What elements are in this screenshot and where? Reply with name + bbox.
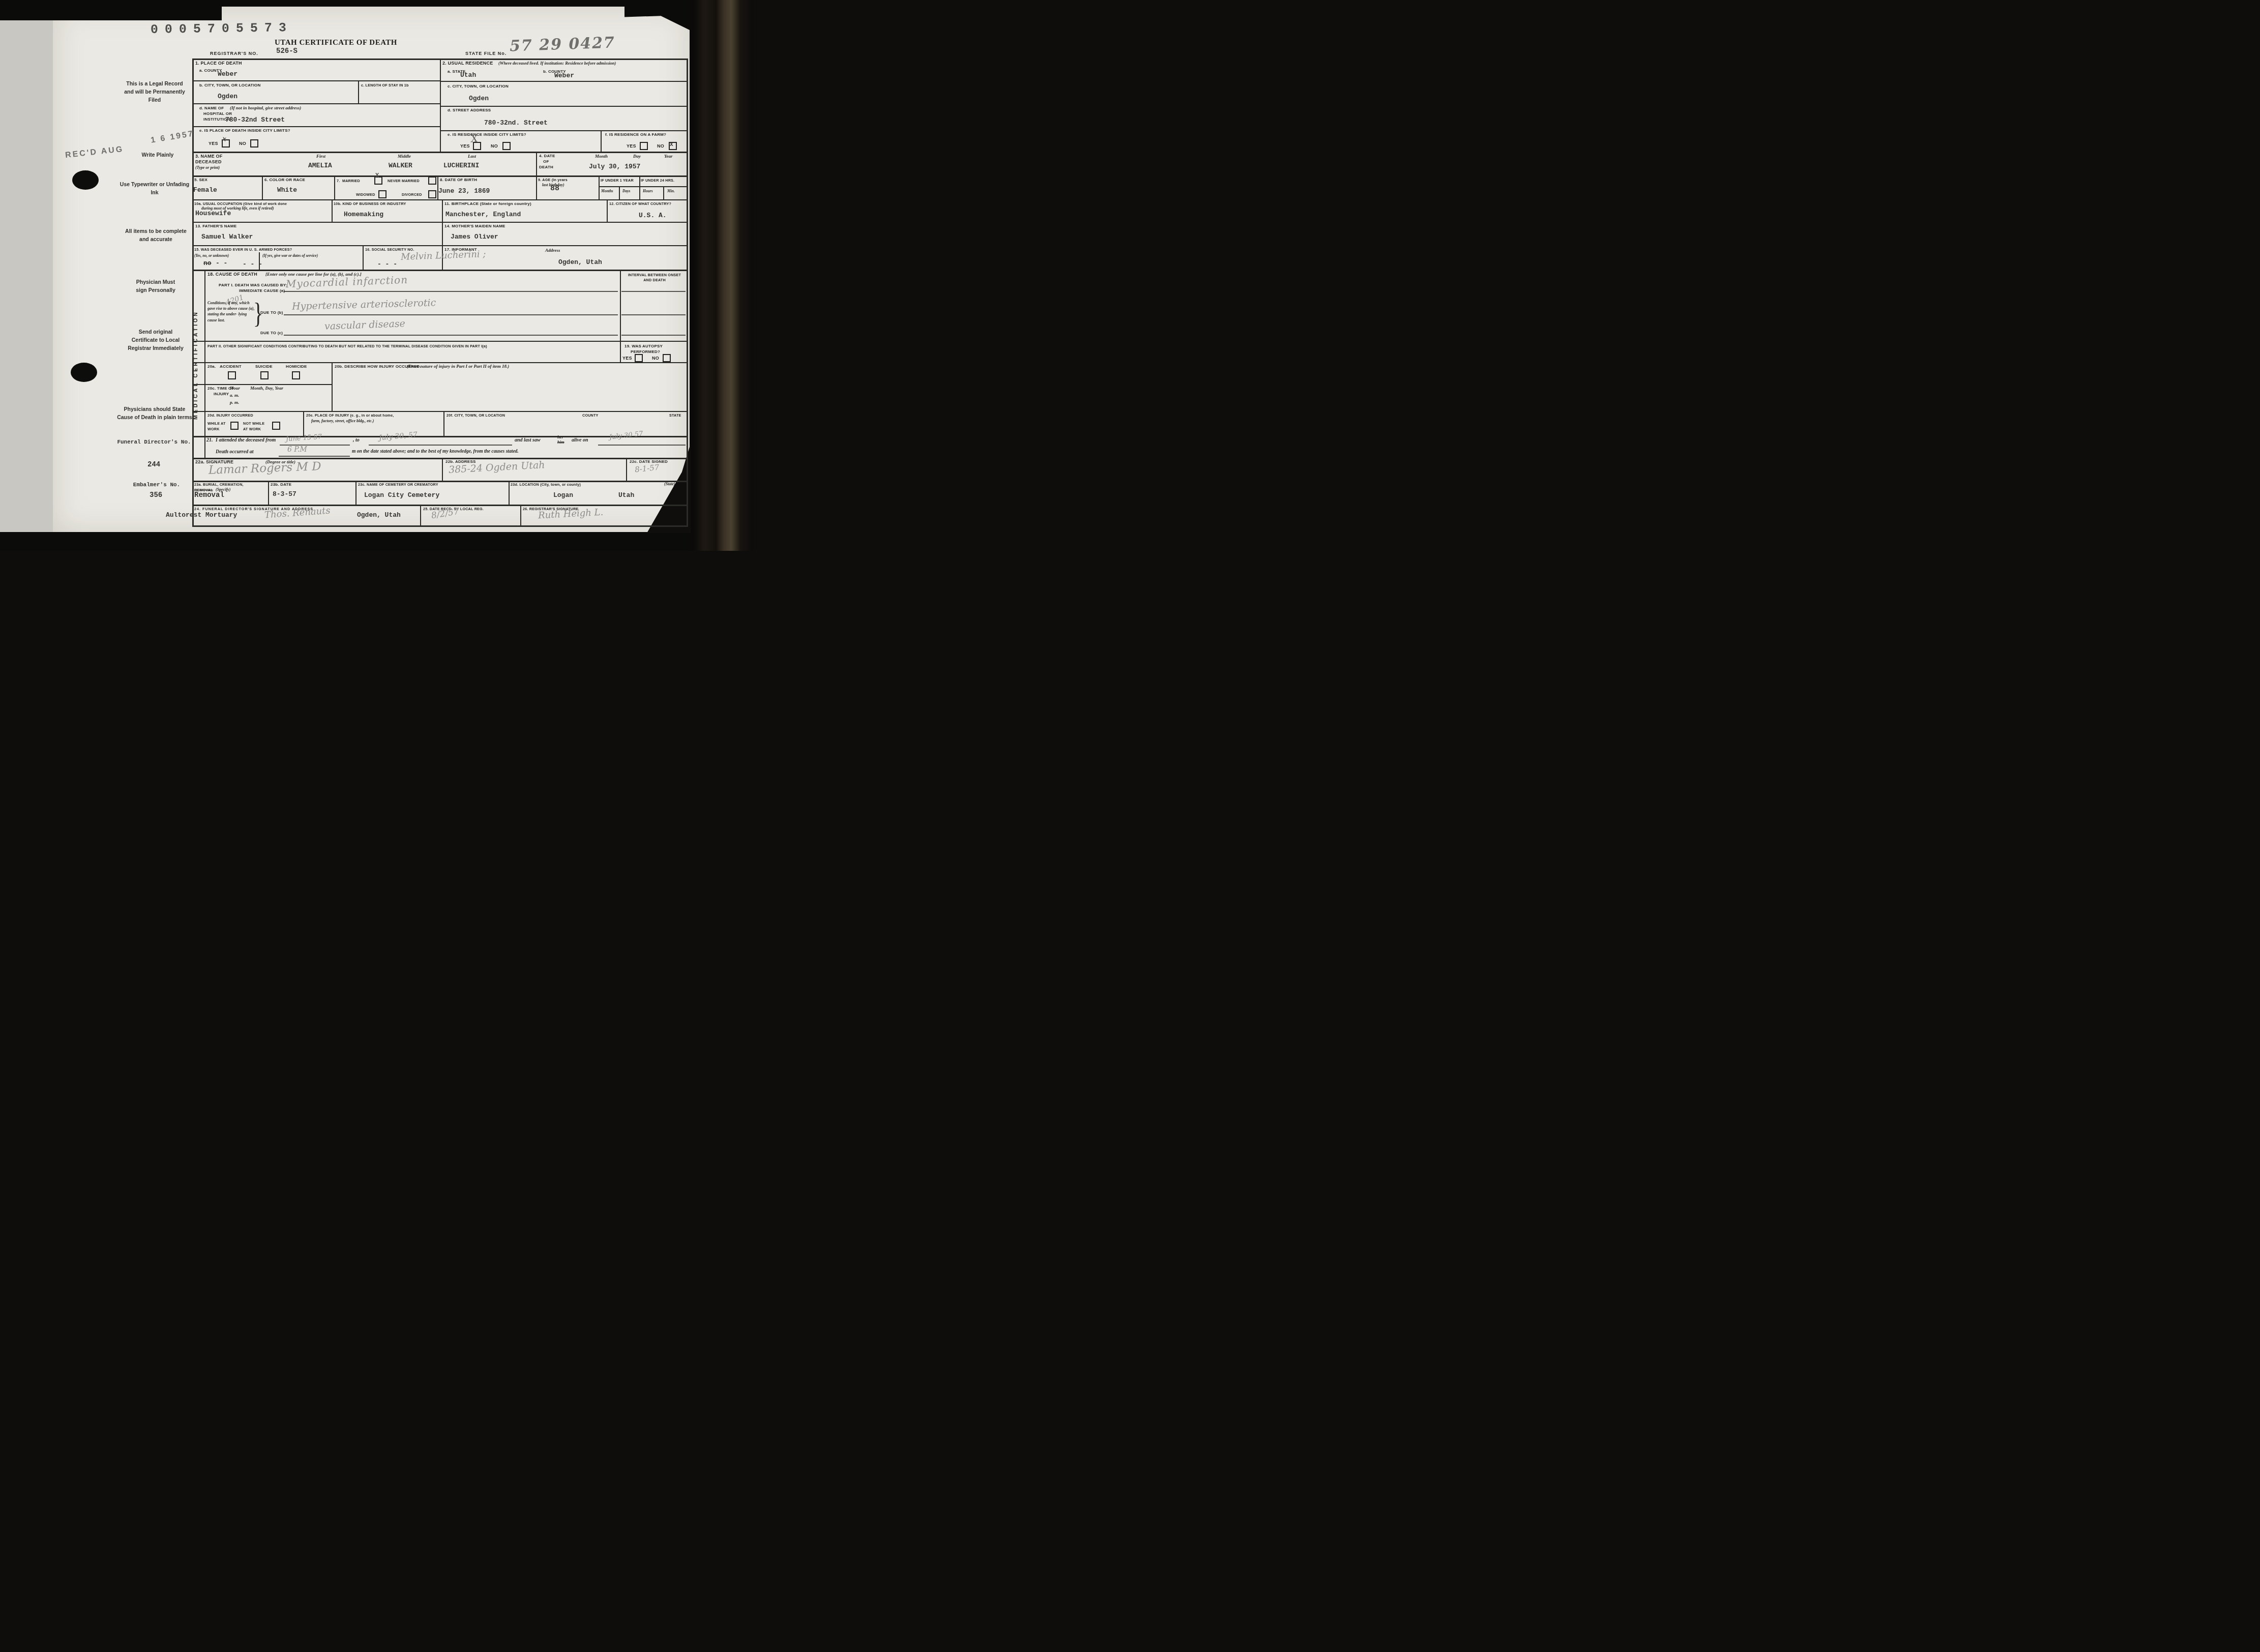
grid-line: [192, 411, 688, 412]
box2e-yes-label: YES: [460, 143, 470, 149]
box7-widowed-label: WIDOWED: [356, 192, 375, 197]
box20c-am-label: a. m.: [230, 393, 239, 398]
box9-min-label: Min.: [667, 189, 675, 193]
grid-line: [440, 58, 441, 152]
grid-line: [192, 525, 688, 527]
box3-first-value: AMELIA: [308, 162, 332, 169]
grid-line: [440, 130, 687, 131]
box12-value: U.S. A.: [639, 212, 667, 219]
grid-line: [442, 458, 443, 481]
grid-line: [440, 106, 687, 107]
grid-line: [192, 384, 333, 385]
box20a-accident-checkbox: [228, 371, 236, 379]
box6-label: 6. COLOR OR RACE: [264, 178, 305, 182]
medical-certification-vertical-label: MEDICAL CERTIFICATION: [193, 276, 204, 455]
box1d-label2: HOSPITAL OR: [203, 111, 232, 116]
box20d-label: 20d. INJURY OCCURRED: [207, 413, 253, 418]
box15-value2: - - -: [243, 260, 262, 268]
box20a-homicide-label: HOMICIDE: [286, 364, 307, 369]
box1e-yes-label: YES: [209, 141, 218, 146]
box1c-label: c. LENGTH OF STAY IN 1b: [361, 83, 409, 87]
box3-middle-value: WALKER: [389, 162, 412, 169]
box2f-no-mark: X: [670, 142, 673, 148]
box3-last-value: LUCHERINI: [443, 162, 479, 169]
box23d-state-note: (State): [664, 482, 675, 486]
box23d-state-value: Utah: [618, 491, 634, 499]
box8-label: 8. DATE OF BIRTH: [440, 178, 477, 182]
box20c-mdy-label: Month, Day, Year: [250, 386, 283, 391]
grid-line: [192, 481, 688, 482]
grid-line: [536, 152, 537, 175]
box2c-label: c. CITY, TOWN, OR LOCATION: [448, 84, 509, 88]
box23d-city-value: Logan: [553, 491, 573, 499]
box14-value: James Oliver: [451, 233, 498, 241]
scanned-death-certificate: 0005705573 UTAH CERTIFICATE OF DEATH REG…: [0, 0, 754, 551]
box7-never-label: NEVER MARRIED: [388, 179, 420, 183]
box1-title: 1. PLACE OF DEATH: [195, 61, 242, 66]
grid-line: [192, 80, 440, 81]
grid-line: [440, 81, 687, 82]
grid-line: [334, 175, 335, 199]
box15-note2: (If yes, give war or dates of service): [262, 253, 318, 258]
box3-last-header: Last: [468, 154, 476, 159]
box6-value: White: [277, 186, 297, 194]
box3-first-header: First: [316, 154, 325, 159]
box1a-value: Weber: [218, 70, 237, 78]
box7-num: 7.: [337, 179, 340, 183]
box2-title: 2. USUAL RESIDENCE: [442, 61, 493, 66]
box9-under1-label: IF UNDER 1 YEAR: [601, 178, 634, 183]
box18-immediate-label: IMMEDIATE CAUSE (a): [239, 288, 285, 293]
box19-no-checkbox: [663, 354, 671, 362]
margin-use-typewriter: Use Typewriter or Unfading Ink: [119, 181, 190, 197]
box2d-label: d. STREET ADDRESS: [448, 108, 491, 112]
box19-yes-checkbox: [635, 354, 643, 362]
box20a-suicide-checkbox: [260, 371, 269, 379]
cause-a-rule: [284, 291, 618, 292]
box4-label3: DEATH: [539, 165, 553, 169]
box9-label1: 9. AGE (In years: [538, 178, 568, 182]
box7-widowed-checkbox: [378, 190, 386, 198]
grid-line: [192, 58, 194, 527]
box21-text6: m on the date stated above; and to the b…: [352, 449, 519, 454]
box7-married-label: MARRIED: [342, 179, 360, 183]
box23c-value: Logan City Cemetery: [364, 491, 439, 499]
registrar-no-label: REGISTRAR'S NO.: [210, 51, 258, 56]
box20a-homicide-checkbox: [292, 371, 300, 379]
box9-value: 88: [550, 184, 559, 193]
box2f-label: f. IS RESIDENCE ON A FARM?: [605, 132, 666, 137]
box2c-value: Ogden: [469, 95, 489, 102]
box2e-yes-mark: X: [470, 133, 478, 144]
grid-line: [620, 270, 621, 362]
box9-under24-label: IF UNDER 24 HRS.: [641, 178, 674, 183]
scan-border-right: [690, 0, 754, 551]
box3-label2: DECEASED: [195, 159, 222, 164]
last-seen-rule: [598, 445, 686, 446]
grid-line: [663, 186, 664, 199]
box4-label2: OF: [543, 159, 549, 164]
box23a-value: Removal: [194, 491, 224, 499]
grid-line: [332, 362, 333, 411]
box2e-no-label: NO: [491, 143, 498, 149]
grid-line: [363, 245, 364, 270]
box20a-num: 20a.: [207, 364, 216, 369]
box24-city-typed: Ogden, Utah: [357, 511, 401, 519]
scan-border-top-left: [0, 0, 222, 20]
box1d-label1: d. NAME OF: [199, 106, 224, 110]
box17-address-header: Address: [545, 248, 560, 253]
box20b-note: (Enter nature of injury in Part I or Par…: [407, 364, 509, 369]
box7-divorced-label: DIVORCED: [402, 192, 422, 197]
box7-divorced-checkbox: [428, 190, 436, 198]
box1e-no-checkbox: [250, 139, 258, 147]
box21-text4: alive on: [572, 437, 588, 443]
box13-label: 13. FATHER'S NAME: [195, 224, 236, 228]
margin-physician-sign: Physician Must sign Personally: [130, 279, 181, 295]
box2f-yes-checkbox: [640, 142, 648, 150]
grid-line: [599, 186, 687, 187]
box11-value: Manchester, England: [445, 211, 521, 218]
box5-label: 5. SEX: [194, 178, 207, 182]
box2b-value: Weber: [554, 72, 574, 79]
grid-line: [192, 505, 688, 506]
box1b-label: b. CITY, TOWN, OR LOCATION: [199, 83, 260, 87]
box18-part2-label: PART II. OTHER SIGNIFICANT CONDITIONS CO…: [207, 344, 487, 348]
grid-line: [420, 505, 421, 526]
box21-text1: I attended the deceased from: [216, 437, 276, 443]
registrar-no-value: 526-S: [276, 47, 298, 55]
interval-rule: [621, 314, 686, 315]
box20a-suicide-label: SUICIDE: [255, 364, 273, 369]
grid-line: [599, 175, 600, 199]
box15-note1: (Yes, no, or unknown): [194, 253, 229, 258]
grid-line: [639, 175, 640, 199]
grid-line: [192, 126, 440, 127]
grid-line: [509, 481, 510, 505]
box20d-while-label2: WORK: [207, 427, 220, 431]
box2a-value: Utah: [460, 71, 476, 79]
box15-dashes: - -: [216, 259, 227, 267]
grid-line: [442, 222, 443, 245]
box7-never-checkbox: [428, 176, 436, 185]
box18-due-b-label: DUE TO (b): [260, 310, 283, 315]
box9-hours-label: Hours: [643, 189, 653, 193]
grid-line: [442, 199, 443, 222]
box16-value: - - -: [377, 260, 397, 268]
box4-month-header: Month: [595, 154, 608, 159]
box1e-no-label: NO: [239, 141, 246, 146]
box23d-label: 23d. LOCATION (City, town, or county): [511, 482, 581, 487]
box4-label1: 4. DATE: [539, 154, 555, 158]
grid-line: [536, 175, 537, 199]
embalmer-no-label: Embalmer's No.: [116, 482, 197, 488]
grid-line: [204, 270, 205, 458]
box20f-label: 20f. CITY, TOWN, OR LOCATION: [447, 413, 505, 418]
margin-legal-record: This is a Legal Record and will be Perma…: [124, 80, 185, 104]
funeral-director-no-value: 244: [147, 461, 160, 469]
grid-line: [192, 245, 688, 246]
box19-label1: 19. WAS AUTOPSY: [625, 344, 663, 348]
margin-write-plainly: Write Plainly: [127, 152, 188, 160]
box3-middle-header: Middle: [398, 154, 411, 159]
certificate-title: UTAH CERTIFICATE OF DEATH: [275, 39, 397, 47]
grid-line: [192, 175, 688, 177]
box14-label: 14. MOTHER'S MAIDEN NAME: [444, 224, 505, 228]
box20c-hour-label: Hour: [230, 386, 240, 391]
box21-num: 21.: [206, 437, 213, 443]
box12-label: 12. CITIZEN OF WHAT COUNTRY?: [609, 201, 671, 206]
box9-days-label: Days: [622, 189, 630, 193]
grid-line: [626, 458, 627, 481]
cause-c-rule: [284, 335, 618, 336]
box10b-label: 10b. KIND OF BUSINESS OR INDUSTRY: [334, 201, 406, 206]
box4-value: July 30, 1957: [589, 163, 640, 170]
funeral-director-no-label: Funeral Director's No.: [116, 439, 192, 446]
box20a-accident-label: ACCIDENT: [220, 364, 242, 369]
grid-line: [358, 80, 359, 103]
grid-line: [192, 199, 688, 200]
box18-conditions-note: Conditions, if any, which gave rise to a…: [207, 300, 255, 323]
attended-to-rule: [369, 445, 512, 446]
box20e-label2: farm, factory, street, office bldg., etc…: [311, 419, 374, 423]
box3-note: (Type or print): [195, 165, 220, 170]
box20c-pm-label: p. m.: [230, 400, 239, 405]
interval-rule: [621, 335, 686, 336]
box20d-notwhile-label1: NOT WHILE: [243, 421, 264, 426]
box18-part1-label: PART I. DEATH WAS CAUSED BY:: [219, 283, 287, 287]
margin-plain-terms: Physicians should State Cause of Death i…: [117, 406, 192, 422]
grid-line: [262, 175, 263, 199]
grid-line: [601, 130, 602, 152]
interval-rule: [621, 291, 686, 292]
cause-b-rule: [284, 314, 618, 315]
grid-line: [192, 222, 688, 223]
grid-line: [192, 103, 440, 104]
box4-year-header: Year: [664, 154, 673, 159]
box15-value1: no: [203, 259, 212, 267]
margin-send-original: Send original Certificate to Local Regis…: [127, 329, 184, 352]
box2f-yes-label: YES: [627, 143, 636, 149]
box19-yes-label: YES: [622, 356, 632, 361]
grid-line: [687, 58, 688, 527]
box17-address-value: Ogden, Utah: [558, 258, 602, 266]
box20f-county-label: COUNTY: [582, 413, 599, 418]
box21-him-label: him: [557, 439, 564, 445]
box21-text2: , to: [353, 437, 360, 443]
grid-line: [303, 411, 304, 436]
margin-all-items: All items to be complete and accurate: [124, 228, 188, 244]
scan-border-bottom: [0, 532, 690, 551]
box20f-state-label: STATE: [669, 413, 681, 418]
box19-label2: PERFORMED?: [631, 349, 660, 354]
state-file-label: STATE FILE No.: [465, 51, 507, 56]
death-time-rule: [279, 456, 350, 457]
punch-hole-top: [72, 170, 99, 190]
box18-interval-header: INTERVAL BETWEEN ONSET AND DEATH: [623, 273, 686, 283]
box8-value: June 23, 1869: [438, 187, 490, 195]
box2e-no-checkbox: [502, 142, 511, 150]
grid-line: [443, 411, 444, 436]
grid-line: [192, 152, 688, 153]
grid-line: [355, 481, 356, 505]
box9-months-label: Months: [601, 189, 613, 193]
box21-time-value: 6 P.M: [287, 446, 307, 454]
box13-value: Samuel Walker: [201, 233, 253, 241]
box4-day-header: Day: [633, 154, 641, 159]
box19-no-label: NO: [652, 356, 659, 361]
box24-mortuary-typed: Aultorest Mortuary: [166, 511, 237, 519]
box18-title: 18. CAUSE OF DEATH: [207, 272, 257, 277]
box20e-label1: 20e. PLACE OF INJURY (e. g., in or about…: [306, 413, 394, 418]
punch-hole-bottom: [71, 363, 97, 382]
box10b-value: Homemaking: [344, 211, 383, 218]
box20d-notwhile-label2: AT WORK: [243, 427, 261, 431]
serial-number-stamp: 0005705573: [151, 20, 293, 37]
box7-married-mark: X: [375, 172, 379, 180]
box1d-value: 780-32nd Street: [225, 116, 285, 124]
box23b-value: 8-3-57: [273, 490, 296, 498]
box1b-value: Ogden: [218, 93, 237, 100]
box18-due-c-label: DUE TO (c): [260, 331, 283, 335]
box2d-value: 780-32nd. Street: [484, 119, 548, 127]
grid-line: [192, 341, 688, 342]
box20c-label2: INJURY: [214, 392, 229, 396]
box1d-note: (If not in hospital, give street address…: [230, 105, 301, 110]
box20d-while-checkbox: [230, 422, 239, 430]
grid-line: [192, 270, 688, 271]
box10a-value: Housewife: [195, 210, 231, 217]
box21-her-label: her: [557, 434, 563, 439]
grid-line: [619, 186, 620, 199]
grid-line: [192, 362, 688, 363]
box20d-while-label1: WHILE AT: [207, 421, 226, 426]
grid-line: [520, 505, 521, 526]
box5-value: Female: [193, 186, 217, 194]
box2-title-note: (Where deceased lived. If institution: R…: [498, 61, 616, 66]
box1e-label: e. IS PLACE OF DEATH INSIDE CITY LIMITS?: [199, 128, 290, 133]
box21-text5: Death occurred at: [216, 449, 253, 455]
box2e-label: e. IS RESIDENCE INSIDE CITY LIMITS?: [448, 132, 526, 137]
box11-label: 11. BIRTHPLACE (State or foreign country…: [444, 201, 531, 206]
box15-label: 15. WAS DECEASED EVER IN U. S. ARMED FOR…: [194, 247, 292, 252]
box10a-label1: 10a. USUAL OCCUPATION (Give kind of work…: [194, 201, 287, 206]
grid-line: [607, 199, 608, 222]
box21-text3: and last saw: [515, 437, 541, 443]
grid-line: [332, 199, 333, 222]
box20d-notwhile-checkbox: [272, 422, 280, 430]
box23a-label1: 23a. BURIAL, CREMATION,: [194, 482, 244, 487]
state-file-number: 57 29 0427: [509, 34, 615, 55]
box2f-no-label: NO: [657, 143, 664, 149]
box3-label1: 3. NAME OF: [195, 154, 223, 159]
box23b-label: 23b. DATE: [271, 482, 291, 487]
box23c-label: 23c. NAME OF CEMETERY OR CREMATORY: [358, 482, 438, 487]
grid-line: [268, 481, 269, 505]
embalmer-no-value: 356: [150, 491, 162, 499]
